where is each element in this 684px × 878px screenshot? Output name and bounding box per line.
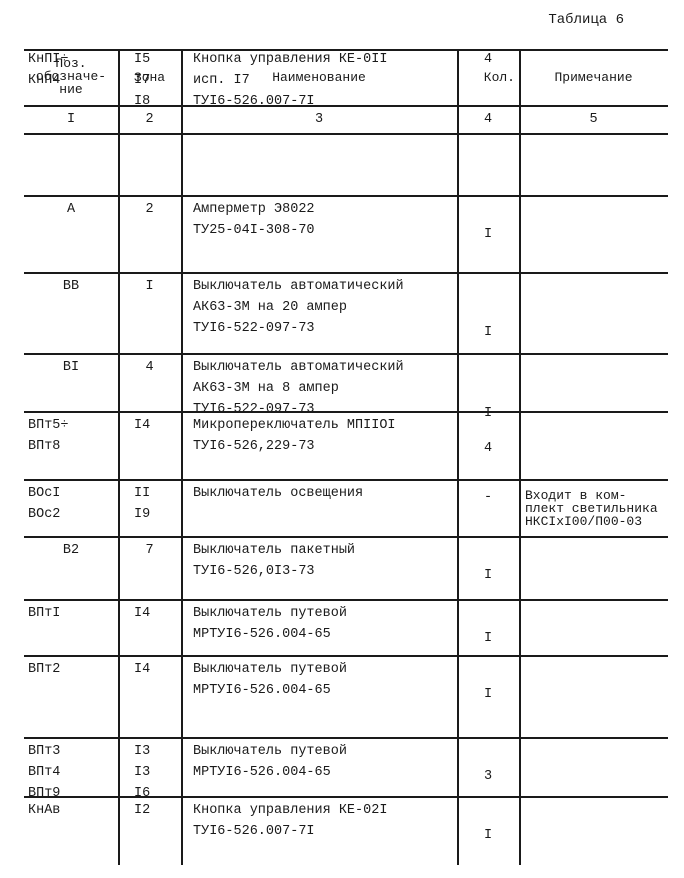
cell-note: Входит в ком- плект светильника НКСIхI00… bbox=[525, 489, 658, 528]
cell-zone: I4 bbox=[134, 659, 174, 680]
column-divider bbox=[181, 49, 183, 865]
cell-name: Микропереключатель МПIIОI ТУI6-526,229-7… bbox=[193, 415, 396, 457]
row-divider bbox=[24, 599, 668, 601]
column-divider bbox=[519, 49, 521, 865]
cell-qty: I bbox=[457, 565, 519, 586]
column-number: 2 bbox=[118, 109, 181, 130]
cell-pos: BОсI BОс2 bbox=[28, 483, 116, 525]
cell-zone: 2 bbox=[118, 199, 181, 220]
cell-qty: I bbox=[457, 825, 519, 846]
cell-pos: КнПI÷ КнП4 bbox=[28, 49, 116, 91]
row-divider bbox=[24, 536, 668, 538]
cell-qty: I bbox=[457, 403, 519, 424]
cell-pos: КнАв bbox=[28, 800, 116, 821]
row-divider bbox=[24, 272, 668, 274]
cell-zone: II I9 bbox=[134, 483, 174, 525]
cell-qty: 4 bbox=[457, 49, 519, 70]
cell-qty: - bbox=[457, 487, 519, 508]
cell-name: Кнопка управления КЕ-0II исп. I7 ТУI6-52… bbox=[193, 49, 387, 112]
cell-pos: B2 bbox=[24, 540, 118, 561]
cell-name: Выключатель путевой МРТУI6-526.004-65 bbox=[193, 741, 347, 783]
cell-name: Кнопка управления КЕ-02I ТУI6-526.007-7I bbox=[193, 800, 387, 842]
cell-name: Выключатель освещения bbox=[193, 483, 363, 504]
cell-qty: 4 bbox=[457, 438, 519, 459]
cell-pos: ВПт2 bbox=[28, 659, 116, 680]
column-number: 5 bbox=[519, 109, 668, 130]
cell-zone: I3 I3 I6 bbox=[134, 741, 174, 804]
row-divider bbox=[24, 655, 668, 657]
cell-name: Выключатель пакетный ТУI6-526,0I3-73 bbox=[193, 540, 355, 582]
cell-name: Выключатель автоматический АК63-3М на 20… bbox=[193, 276, 404, 339]
cell-qty: I bbox=[457, 684, 519, 705]
cell-pos: ВПтI bbox=[28, 603, 116, 624]
row-divider bbox=[24, 796, 668, 798]
cell-zone: I2 bbox=[134, 800, 174, 821]
cell-pos: BI bbox=[24, 357, 118, 378]
row-divider bbox=[24, 195, 668, 197]
header-note: Примечание bbox=[519, 71, 668, 84]
column-number: 3 bbox=[181, 109, 457, 130]
cell-name: Выключатель путевой МРТУI6-526.004-65 bbox=[193, 603, 347, 645]
cell-zone: 7 bbox=[118, 540, 181, 561]
row-divider bbox=[24, 737, 668, 739]
row-divider bbox=[24, 479, 668, 481]
header-qty: Кол. bbox=[457, 71, 515, 84]
cell-qty: I bbox=[457, 322, 519, 343]
cell-qty: 3 bbox=[457, 766, 519, 787]
column-number: I bbox=[24, 109, 118, 130]
cell-zone: I bbox=[118, 276, 181, 297]
cell-pos: A bbox=[24, 199, 118, 220]
row-divider bbox=[24, 133, 668, 135]
cell-name: Выключатель путевой МРТУI6-526.004-65 bbox=[193, 659, 347, 701]
cell-zone: 4 bbox=[118, 357, 181, 378]
table-caption: Таблица 6 bbox=[548, 12, 624, 28]
cell-name: Амперметр Э8022 ТУ25-04I-308-70 bbox=[193, 199, 315, 241]
cell-zone: I4 bbox=[134, 603, 174, 624]
cell-pos: ВПт3 ВПт4 ВПт9 bbox=[28, 741, 116, 804]
row-divider bbox=[24, 353, 668, 355]
cell-qty: I bbox=[457, 224, 519, 245]
cell-qty: I bbox=[457, 628, 519, 649]
column-divider bbox=[118, 49, 120, 865]
cell-pos: BB bbox=[24, 276, 118, 297]
column-number: 4 bbox=[457, 109, 519, 130]
cell-zone: I5 I7 I8 bbox=[134, 49, 174, 112]
cell-zone: I4 bbox=[134, 415, 174, 436]
cell-name: Выключатель автоматический АК63-3М на 8 … bbox=[193, 357, 404, 420]
cell-pos: ВПт5÷ ВПт8 bbox=[28, 415, 116, 457]
